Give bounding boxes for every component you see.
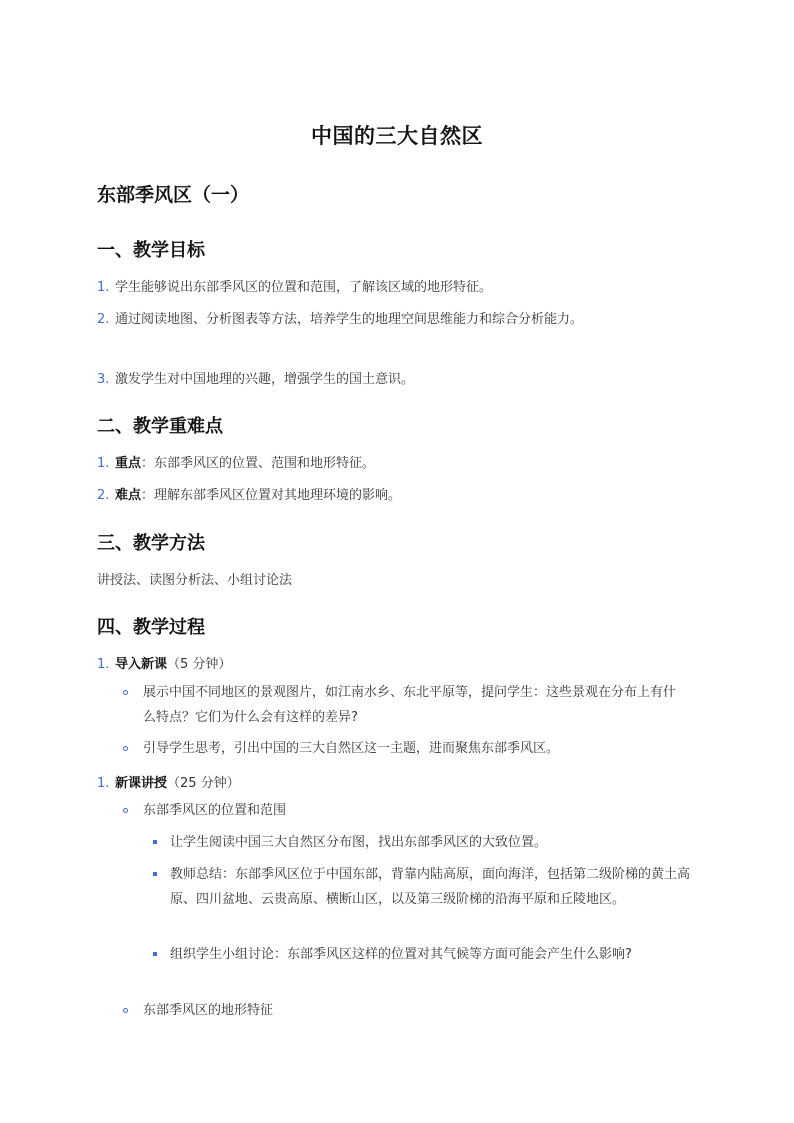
list-item: 2.通过阅读地图、分析图表等方法，培养学生的地理空间思维能力和综合分析能力。 (97, 308, 697, 327)
circle-bullet-icon (123, 808, 128, 813)
square-bullet-icon (153, 872, 157, 876)
document-title: 中国的三大自然区 (97, 120, 697, 150)
step-new-lesson: 1.新课讲授（25 分钟） (97, 772, 697, 791)
section-heading-objectives: 一、教学目标 (97, 236, 205, 262)
section-heading-methods: 三、教学方法 (97, 529, 205, 555)
bullet-item: 东部季风区的地形特征 (123, 998, 688, 1023)
circle-bullet-icon (123, 746, 128, 751)
section-heading-key-points: 二、教学重难点 (97, 412, 223, 438)
subtitle-heading: 东部季风区（一） (97, 180, 249, 207)
circle-bullet-icon (123, 690, 128, 695)
square-bullet-icon (153, 952, 157, 956)
bullet-item: 引导学生思考，引出中国的三大自然区这一主题，进而聚焦东部季风区。 (123, 736, 688, 761)
step-intro: 1.导入新课（5 分钟） (97, 653, 697, 672)
list-item: 1.重点：东部季风区的位置、范围和地形特征。 (97, 452, 697, 471)
bullet-item: 东部季风区的位置和范围 (123, 798, 688, 823)
section-heading-process: 四、教学过程 (97, 613, 205, 639)
list-item: 2.难点：理解东部季风区位置对其地理环境的影响。 (97, 484, 697, 503)
sub-bullet-item: 教师总结：东部季风区位于中国东部，背靠内陆高原，面向海洋，包括第二级阶梯的黄土高… (150, 862, 690, 912)
square-bullet-icon (153, 840, 157, 844)
sub-bullet-item: 让学生阅读中国三大自然区分布图，找出东部季风区的大致位置。 (150, 830, 690, 855)
sub-bullet-item: 组织学生小组讨论：东部季风区这样的位置对其气候等方面可能会产生什么影响? (150, 942, 690, 967)
bullet-item: 展示中国不同地区的景观图片，如江南水乡、东北平原等，提问学生：这些景观在分布上有… (123, 680, 688, 730)
list-item: 1.学生能够说出东部季风区的位置和范围，了解该区域的地形特征。 (97, 276, 697, 295)
list-item: 3.激发学生对中国地理的兴趣，增强学生的国土意识。 (97, 368, 697, 387)
methods-text: 讲授法、读图分析法、小组讨论法 (97, 569, 292, 588)
circle-bullet-icon (123, 1008, 128, 1013)
